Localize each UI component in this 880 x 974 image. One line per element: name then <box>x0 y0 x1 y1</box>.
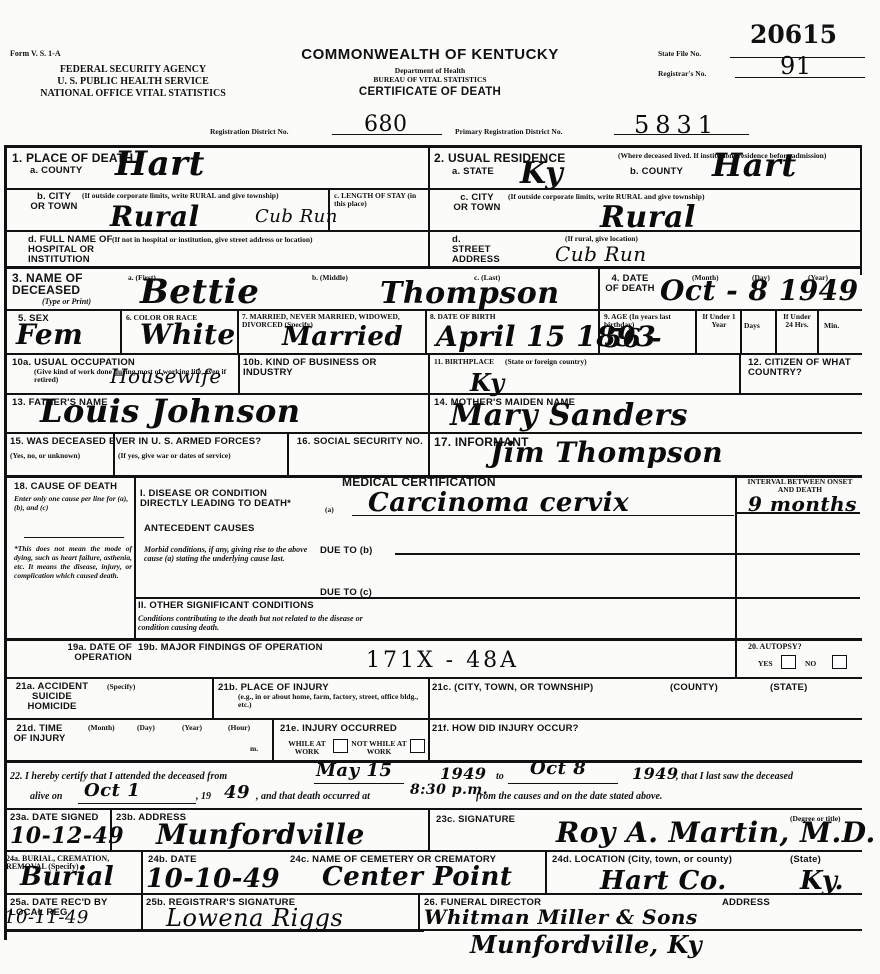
signature-value: Roy A. Martin, M.D. <box>556 816 876 849</box>
burial-location-label: 24d. LOCATION (City, town, or county) <box>552 855 732 865</box>
agency-line-2: U. S. PUBLIC HEALTH SERVICE <box>8 76 258 88</box>
cause-a-value: Carcinoma cervix <box>368 488 629 518</box>
col-line <box>775 309 777 354</box>
race-value: White <box>140 318 236 351</box>
cert-line2-a: alive on <box>30 792 63 801</box>
row-line <box>4 760 862 763</box>
business-label: 10b. KIND OF BUSINESS OR INDUSTRY <box>243 358 423 378</box>
alive-year-value: 49 <box>224 782 250 803</box>
burial-state-label: (State) <box>790 855 821 865</box>
citizen-label: 12. CITIZEN OF WHAT COUNTRY? <box>748 358 858 378</box>
divider-1-2 <box>428 145 430 267</box>
birthplace-label: 11. BIRTHPLACE <box>434 358 494 366</box>
interval-a-value: 9 months <box>748 492 857 516</box>
cause-a-marker: (a) <box>325 506 334 514</box>
residence-state-label: a. STATE <box>452 167 494 177</box>
injury-state-label: (STATE) <box>770 683 807 693</box>
marital-value: Married <box>282 322 403 352</box>
signature-label: 23c. SIGNATURE <box>436 815 515 825</box>
age-value: 56 - <box>604 324 662 354</box>
address-value: Munfordville <box>156 818 365 851</box>
death-county-value: Hart <box>115 144 205 184</box>
not-while-at-work-checkbox[interactable] <box>410 739 425 753</box>
city-label: b. CITY OR TOWN <box>30 192 78 212</box>
cause-footnote: *This does not mean the mode of dying, s… <box>14 544 132 580</box>
antecedent-causes-label: ANTECEDENT CAUSES <box>144 524 255 534</box>
col-line <box>739 353 741 393</box>
col-line <box>238 353 240 393</box>
last-name-value: Thompson <box>380 276 560 311</box>
funeral-address-label: ADDRESS <box>722 898 770 908</box>
row-line <box>4 188 862 190</box>
funeral-address-value: Munfordville, Ky <box>470 930 702 959</box>
agency-block: FEDERAL SECURITY AGENCY U. S. PUBLIC HEA… <box>8 64 258 100</box>
col-line <box>120 309 122 354</box>
cert-line1-b: , that I last saw the deceased <box>676 772 793 781</box>
row-line <box>4 893 862 895</box>
attended-to-value: Oct 8 <box>530 758 586 779</box>
col-line <box>598 266 600 310</box>
department: Department of Health <box>270 66 590 75</box>
under-day-label: If Under 24 Hrs. <box>779 313 815 329</box>
right-border-top <box>860 145 862 275</box>
primary-district-label: Primary Registration District No. <box>455 128 562 136</box>
due-to-c-label: DUE TO (c) <box>320 588 372 598</box>
days-label: Days <box>744 322 760 330</box>
col-line <box>735 638 737 678</box>
injury-county-label: (COUNTY) <box>670 683 718 693</box>
due-b-line <box>395 553 860 555</box>
date-recd-value: 10-11-49 <box>4 907 89 928</box>
registration-district-label: Registration District No. <box>210 128 289 136</box>
row-line <box>4 718 862 720</box>
alive-on-value: Oct 1 <box>84 780 140 801</box>
cause-instruction: Enter only one cause per line for (a), (… <box>14 494 132 512</box>
row-line <box>4 850 862 852</box>
residence-city-value: Rural <box>600 200 696 235</box>
primary-district-value: 5831 <box>634 111 719 139</box>
date-of-death-value: Oct - 8 1949 <box>660 274 859 307</box>
burial-date-value: 10-10-49 <box>146 864 280 894</box>
father-value: Louis Johnson <box>40 392 301 430</box>
col-line <box>237 309 239 354</box>
col-line <box>272 718 274 761</box>
col-line <box>740 309 742 354</box>
attended-from-year: 1949 <box>440 764 487 783</box>
cert-to-word: to <box>496 772 504 781</box>
cemetery-value: Center Point <box>322 862 512 892</box>
cert-line2-b: , and that death occurred at <box>256 792 370 801</box>
deceased-name-note: (Type or Print) <box>42 297 91 306</box>
attended-to-year: 1949 <box>632 764 679 783</box>
col-line <box>695 309 697 354</box>
operation-date-label: 19a. DATE OF OPERATION <box>14 643 132 663</box>
col-line <box>418 893 420 930</box>
col-line <box>735 475 737 640</box>
burial-state-value: Ky. <box>800 866 844 896</box>
autopsy-yes-checkbox[interactable] <box>781 655 796 669</box>
armed-forces-note-b: (If yes, give war or dates of service) <box>118 452 231 460</box>
residence-county-value: Hart <box>712 146 797 184</box>
col-line <box>212 677 214 719</box>
min-label: Min. <box>824 322 839 330</box>
residence-county-label: b. COUNTY <box>630 167 683 177</box>
death-city-extra: Cub Run <box>255 206 338 227</box>
while-at-work-checkbox[interactable] <box>333 739 348 753</box>
ssn-label: 16. SOCIAL SECURITY NO. <box>295 437 423 447</box>
residence-city-label: c. CITY OR TOWN <box>452 193 502 213</box>
due-c-line <box>395 597 860 599</box>
state-title: COMMONWEALTH OF KENTUCKY <box>270 46 590 63</box>
residence-street-value: Cub Run <box>555 242 647 266</box>
col-line <box>817 309 819 354</box>
sex-value: Fem <box>16 318 83 351</box>
autopsy-yes-label: YES <box>758 660 773 668</box>
attended-from-value: May 15 <box>316 760 392 781</box>
autopsy-label: 20. AUTOPSY? <box>748 643 802 651</box>
injury-month: (Month) <box>88 724 115 732</box>
injury-hour: (Hour) <box>228 724 250 732</box>
injury-day: (Day) <box>137 724 155 732</box>
col-line <box>545 850 547 893</box>
armed-forces-note-a: (Yes, no, or unknown) <box>10 452 80 460</box>
residence-street-label: d. STREET ADDRESS <box>452 235 502 265</box>
col-line <box>428 808 430 850</box>
registrar-signature-value: Lowena Riggs <box>166 904 343 932</box>
row-line <box>4 266 862 269</box>
agency-line-1: FEDERAL SECURITY AGENCY <box>8 64 258 76</box>
operation-findings-label: 19b. MAJOR FINDINGS OF OPERATION <box>138 643 323 653</box>
date-signed-value: 10-12-49 <box>10 823 124 849</box>
injury-occurred-label: 21e. INJURY OCCURRED <box>280 724 397 734</box>
other-conditions-label: II. OTHER SIGNIFICANT CONDITIONS <box>138 601 314 611</box>
birthplace-note: (State or foreign country) <box>505 358 587 366</box>
burial-value: Burial <box>20 862 114 892</box>
hospital-note: (If not in hospital or institution, give… <box>112 236 422 244</box>
row-line <box>4 638 862 641</box>
certificate-title: CERTIFICATE OF DEATH <box>270 86 590 98</box>
while-at-work-label: WHILE AT WORK <box>282 740 332 756</box>
how-injury-label: 21f. HOW DID INJURY OCCUR? <box>432 724 579 734</box>
deceased-name-label: 3. NAME OF DECEASED <box>12 272 122 296</box>
length-of-stay-label: c. LENGTH OF STAY (in this place) <box>334 192 424 208</box>
autopsy-no-label: NO <box>805 660 816 668</box>
separator <box>24 536 124 538</box>
registrar-no-label: Registrar's No. <box>658 70 706 78</box>
burial-location-value: Hart Co. <box>600 866 727 896</box>
col-line <box>425 309 427 354</box>
autopsy-no-checkbox[interactable] <box>832 655 847 669</box>
not-while-at-work-label: NOT WHILE AT WORK <box>350 740 408 756</box>
other-conditions-note: Conditions contributing to the death but… <box>138 614 388 632</box>
registration-district-value: 680 <box>364 112 408 137</box>
under-year-label: If Under 1 Year <box>700 313 738 329</box>
antecedent-note: Morbid conditions, if any, giving rise t… <box>144 545 309 563</box>
time-of-injury-label: 21d. TIME OF INJURY <box>12 724 67 744</box>
cause-of-death-label: 18. CAUSE OF DEATH <box>14 482 117 492</box>
injury-city-label: 21c. (CITY, TOWN, OR TOWNSHIP) <box>432 683 593 693</box>
disease-condition-label: I. DISEASE OR CONDITION DIRECTLY LEADING… <box>140 489 305 509</box>
row-line <box>4 808 862 810</box>
due-to-b-label: DUE TO (b) <box>320 546 373 556</box>
injury-m: m. <box>250 745 258 753</box>
funeral-director-value: Whitman Miller & Sons <box>424 905 698 929</box>
residence-state-value: Ky <box>520 156 563 191</box>
form-title-block: COMMONWEALTH OF KENTUCKY Department of H… <box>270 46 590 98</box>
date-of-death-label: 4. DATE OF DEATH <box>604 274 656 294</box>
row-line <box>4 432 862 434</box>
middle-name-label: b. (Middle) <box>312 274 348 282</box>
agency-line-3: NATIONAL OFFICE VITAL STATISTICS <box>8 88 258 100</box>
medical-certification-title: MEDICAL CERTIFICATION <box>342 477 496 487</box>
registrar-no-value: 91 <box>780 52 812 80</box>
county-label: a. COUNTY <box>30 166 82 176</box>
accident-label: 21a. ACCIDENT SUICIDE HOMICIDE <box>12 682 92 712</box>
birthplace-value: Ky <box>470 368 505 397</box>
mother-value: Mary Sanders <box>450 398 688 433</box>
operation-findings-value: 171X - 48A <box>366 648 519 673</box>
form-number: Form V. S. 1-A <box>10 50 61 58</box>
row-line <box>4 677 862 679</box>
first-name-value: Bettie <box>140 272 259 312</box>
death-city-value: Rural <box>110 200 200 233</box>
state-file-number: 20615 <box>750 20 837 49</box>
col-line <box>428 353 430 478</box>
col-line <box>134 475 136 640</box>
cert-line2-c: from the causes and on the date stated a… <box>476 792 662 801</box>
cert-year-prefix: , 19 <box>196 792 211 801</box>
place-of-injury-note: (e.g., in or about home, farm, factory, … <box>238 693 423 709</box>
informant-value: Jim Thompson <box>490 436 723 469</box>
row-line <box>4 353 862 355</box>
date-signed-label: 23a. DATE SIGNED <box>10 813 99 823</box>
col-line <box>141 850 143 930</box>
injury-year: (Year) <box>182 724 202 732</box>
bureau: BUREAU OF VITAL STATISTICS <box>270 75 590 84</box>
occupation-value: Housewife <box>110 364 222 388</box>
state-file-label: State File No. <box>658 50 701 58</box>
city-note: (If outside corporate limits, write RURA… <box>82 192 322 200</box>
accident-specify: (Specify) <box>107 683 135 691</box>
